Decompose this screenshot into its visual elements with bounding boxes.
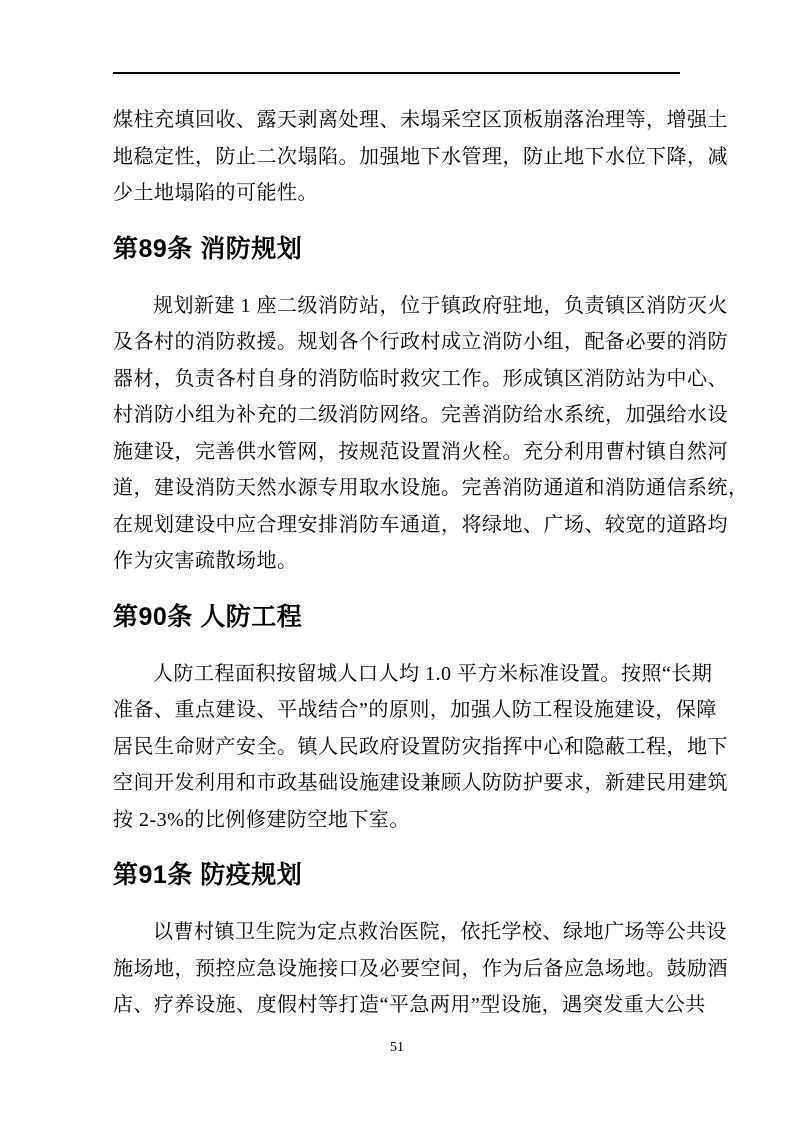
page-number: 51 (0, 1040, 794, 1056)
paragraph-line: 店、疗养设施、度假村等打造“平急两用”型设施，遇突发重大公共 (113, 987, 680, 1024)
civil-defense-paragraph: 人防工程面积按留城人口人均 1.0 平方米标准设置。按照“长期 准备、重点建设、… (113, 656, 680, 839)
paragraph-line: 准备、重点建设、平战结合”的原则，加强人防工程设施建设，保障 (113, 692, 680, 729)
paragraph-line: 施场地，预控应急设施接口及必要空间，作为后备应急场地。鼓励酒 (113, 951, 680, 988)
paragraph-line: 道，建设消防天然水源专用取水设施。完善消防通道和消防通信系统， (113, 470, 680, 507)
paragraph-line: 居民生命财产安全。镇人民政府设置防灾指挥中心和隐蔽工程，地下 (113, 729, 680, 766)
paragraph-line: 规划新建 1 座二级消防站，位于镇政府驻地，负责镇区消防灭火 (113, 288, 680, 325)
section-heading-epidemic-prevention: 第91条 防疫规划 (113, 857, 680, 894)
paragraph-line: 煤柱充填回收、露天剥离处理、未塌采空区顶板崩落治理等，增强土 (113, 102, 680, 139)
section-heading-fire-planning: 第89条 消防规划 (113, 231, 680, 268)
epidemic-prevention-paragraph: 以曹村镇卫生院为定点救治医院，依托学校、绿地广场等公共设 施场地，预控应急设施接… (113, 914, 680, 1024)
paragraph-line: 器材，负责各村自身的消防临时救灾工作。形成镇区消防站为中心、 (113, 361, 680, 398)
document-page: 煤柱充填回收、露天剥离处理、未塌采空区顶板崩落治理等，增强土 地稳定性，防止二次… (0, 0, 794, 1123)
paragraph-line: 空间开发利用和市政基础设施建设兼顾人防防护要求，新建民用建筑 (113, 765, 680, 802)
section-heading-civil-defense: 第90条 人防工程 (113, 599, 680, 636)
header-rule (113, 72, 680, 74)
body-text: 煤柱充填回收、露天剥离处理、未塌采空区顶板崩落治理等，增强土 地稳定性，防止二次… (113, 102, 680, 1024)
paragraph-line: 地稳定性，防止二次塌陷。加强地下水管理，防止地下水位下降，减 (113, 139, 680, 176)
paragraph-line: 按 2-3%的比例修建防空地下室。 (113, 802, 680, 839)
paragraph-line: 及各村的消防救援。规划各个行政村成立消防小组，配备必要的消防 (113, 324, 680, 361)
paragraph-line: 人防工程面积按留城人口人均 1.0 平方米标准设置。按照“长期 (113, 656, 680, 693)
paragraph-line: 施建设，完善供水管网，按规范设置消火栓。充分利用曹村镇自然河 (113, 434, 680, 471)
paragraph-line: 村消防小组为补充的二级消防网络。完善消防给水系统，加强给水设 (113, 397, 680, 434)
paragraph-line: 作为灾害疏散场地。 (113, 543, 680, 580)
paragraph-line: 在规划建设中应合理安排消防车通道，将绿地、广场、较宽的道路均 (113, 507, 680, 544)
paragraph-line: 少土地塌陷的可能性。 (113, 175, 680, 212)
fire-planning-paragraph: 规划新建 1 座二级消防站，位于镇政府驻地，负责镇区消防灭火 及各村的消防救援。… (113, 288, 680, 580)
intro-paragraph: 煤柱充填回收、露天剥离处理、未塌采空区顶板崩落治理等，增强土 地稳定性，防止二次… (113, 102, 680, 212)
paragraph-line: 以曹村镇卫生院为定点救治医院，依托学校、绿地广场等公共设 (113, 914, 680, 951)
